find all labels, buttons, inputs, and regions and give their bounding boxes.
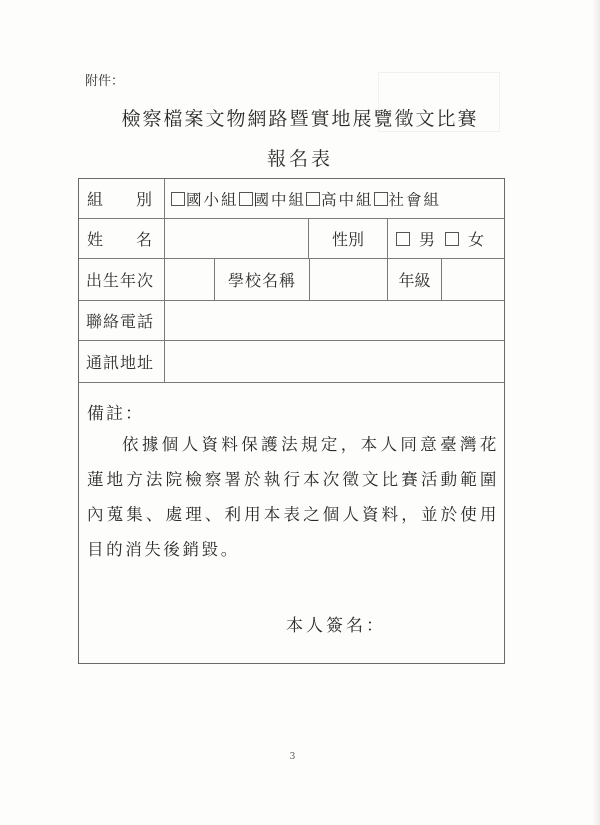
name-input-cell[interactable] bbox=[165, 219, 309, 259]
form-title: 報名表 bbox=[0, 144, 600, 171]
grade-input-cell[interactable] bbox=[442, 259, 504, 301]
document-title: 檢察檔案文物網路暨實地展覽徵文比賽 bbox=[0, 104, 600, 131]
birth-year-label: 出生年次 bbox=[79, 259, 165, 301]
gender-options-cell: 男 女 bbox=[388, 219, 504, 259]
group-option-public[interactable]: 社會組 bbox=[374, 188, 442, 210]
page-number: 3 bbox=[0, 752, 585, 762]
address-input-cell[interactable] bbox=[165, 341, 504, 383]
gender-option-female[interactable]: 女 bbox=[445, 227, 484, 250]
registration-form-table: 組 別 國小組 國中組 高中組 社會組 姓 名 性別 男 bbox=[78, 178, 505, 664]
checkbox-icon[interactable] bbox=[445, 232, 459, 246]
phone-input-cell[interactable] bbox=[165, 301, 504, 341]
checkbox-icon[interactable] bbox=[306, 192, 320, 206]
group-option-junior-high[interactable]: 國中組 bbox=[239, 188, 307, 210]
group-options-cell: 國小組 國中組 高中組 社會組 bbox=[165, 179, 504, 219]
name-label-char-1: 姓 bbox=[87, 227, 103, 250]
gender-option-male[interactable]: 男 bbox=[396, 227, 435, 250]
group-option-senior-high[interactable]: 高中組 bbox=[306, 188, 374, 210]
checkbox-icon[interactable] bbox=[374, 192, 388, 206]
phone-label: 聯絡電話 bbox=[79, 301, 165, 341]
school-name-label: 學校名稱 bbox=[215, 259, 310, 301]
grade-label: 年級 bbox=[388, 259, 442, 301]
privacy-consent-text: 依據個人資料保護法規定，本人同意臺灣花蓮地方法院檢察署於執行本次徵文比賽活動範圍… bbox=[87, 427, 499, 567]
name-label-cell: 姓 名 bbox=[79, 219, 165, 259]
group-option-elementary[interactable]: 國小組 bbox=[171, 188, 239, 210]
notes-section: 備註： 依據個人資料保護法規定，本人同意臺灣花蓮地方法院檢察署於執行本次徵文比賽… bbox=[79, 383, 504, 663]
checkbox-icon[interactable] bbox=[239, 192, 253, 206]
checkbox-icon[interactable] bbox=[396, 232, 410, 246]
birth-year-input-cell[interactable] bbox=[165, 259, 215, 301]
address-label: 通訊地址 bbox=[79, 341, 165, 383]
group-label-cell: 組 別 bbox=[79, 179, 165, 219]
attachment-label: 附件： bbox=[85, 70, 124, 89]
name-label-char-2: 名 bbox=[136, 227, 152, 250]
group-label-char-1: 組 bbox=[87, 187, 103, 210]
checkbox-icon[interactable] bbox=[171, 192, 185, 206]
notes-label: 備註： bbox=[87, 399, 144, 424]
signature-label[interactable]: 本人簽名： bbox=[286, 611, 386, 636]
group-label-char-2: 別 bbox=[136, 187, 152, 210]
gender-label: 性別 bbox=[309, 219, 388, 259]
school-name-input-cell[interactable] bbox=[310, 259, 388, 301]
